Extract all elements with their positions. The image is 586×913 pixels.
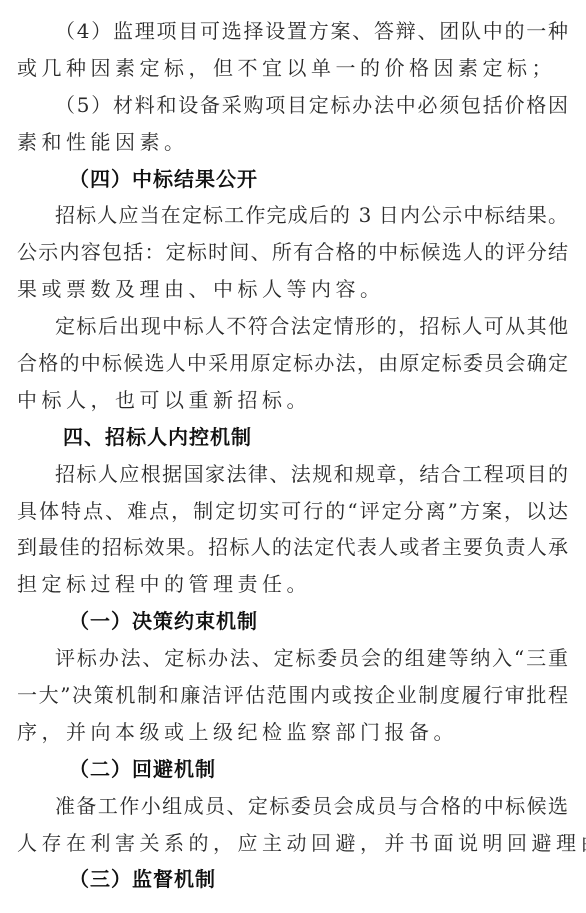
paragraph-line: 或几种因素定标，但不宜以单一的价格因素定标； [17,50,568,87]
paragraph-line: 招标人应当在定标工作完成后的 3 日内公示中标结果。 [17,197,568,234]
paragraph-line: 序，并向本级或上级纪检监察部门报备。 [17,714,568,751]
paragraph-line: 到最佳的招标效果。招标人的法定代表人或者主要负责人承 [17,529,568,566]
paragraph-line: 担定标过程中的管理责任。 [17,566,568,603]
chapter-heading: 四、招标人内控机制 [17,419,568,456]
paragraph-line: 合格的中标候选人中采用原定标办法，由原定标委员会确定 [17,345,568,382]
paragraph-line: 公示内容包括：定标时间、所有合格的中标候选人的评分结 [17,234,568,271]
paragraph-line: 人存在利害关系的，应主动回避，并书面说明回避理由。 [17,825,568,862]
section-heading: （四）中标结果公开 [17,161,568,198]
paragraph-line: 招标人应根据国家法律、法规和规章，结合工程项目的 [17,456,568,493]
paragraph-line: 定标后出现中标人不符合法定情形的，招标人可从其他 [17,308,568,345]
paragraph-line: 评标办法、定标办法、定标委员会的组建等纳入“三重 [17,640,568,677]
document-page: （4）监理项目可选择设置方案、答辩、团队中的一种 或几种因素定标，但不宜以单一的… [17,13,568,898]
paragraph-line: （4）监理项目可选择设置方案、答辩、团队中的一种 [17,13,568,50]
paragraph-line: 一大”决策机制和廉洁评估范围内或按企业制度履行审批程 [17,677,568,714]
paragraph-line: 素和性能因素。 [17,124,568,161]
paragraph-line: 具体特点、难点，制定切实可行的“评定分离”方案，以达 [17,493,568,530]
paragraph-line: （5）材料和设备采购项目定标办法中必须包括价格因 [17,87,568,124]
paragraph-line: 果或票数及理由、中标人等内容。 [17,271,568,308]
paragraph-line: 准备工作小组成员、定标委员会成员与合格的中标候选 [17,788,568,825]
section-heading: （二）回避机制 [17,751,568,788]
section-heading: （一）决策约束机制 [17,603,568,640]
section-heading: （三）监督机制 [17,861,568,898]
paragraph-line: 中标人，也可以重新招标。 [17,382,568,419]
